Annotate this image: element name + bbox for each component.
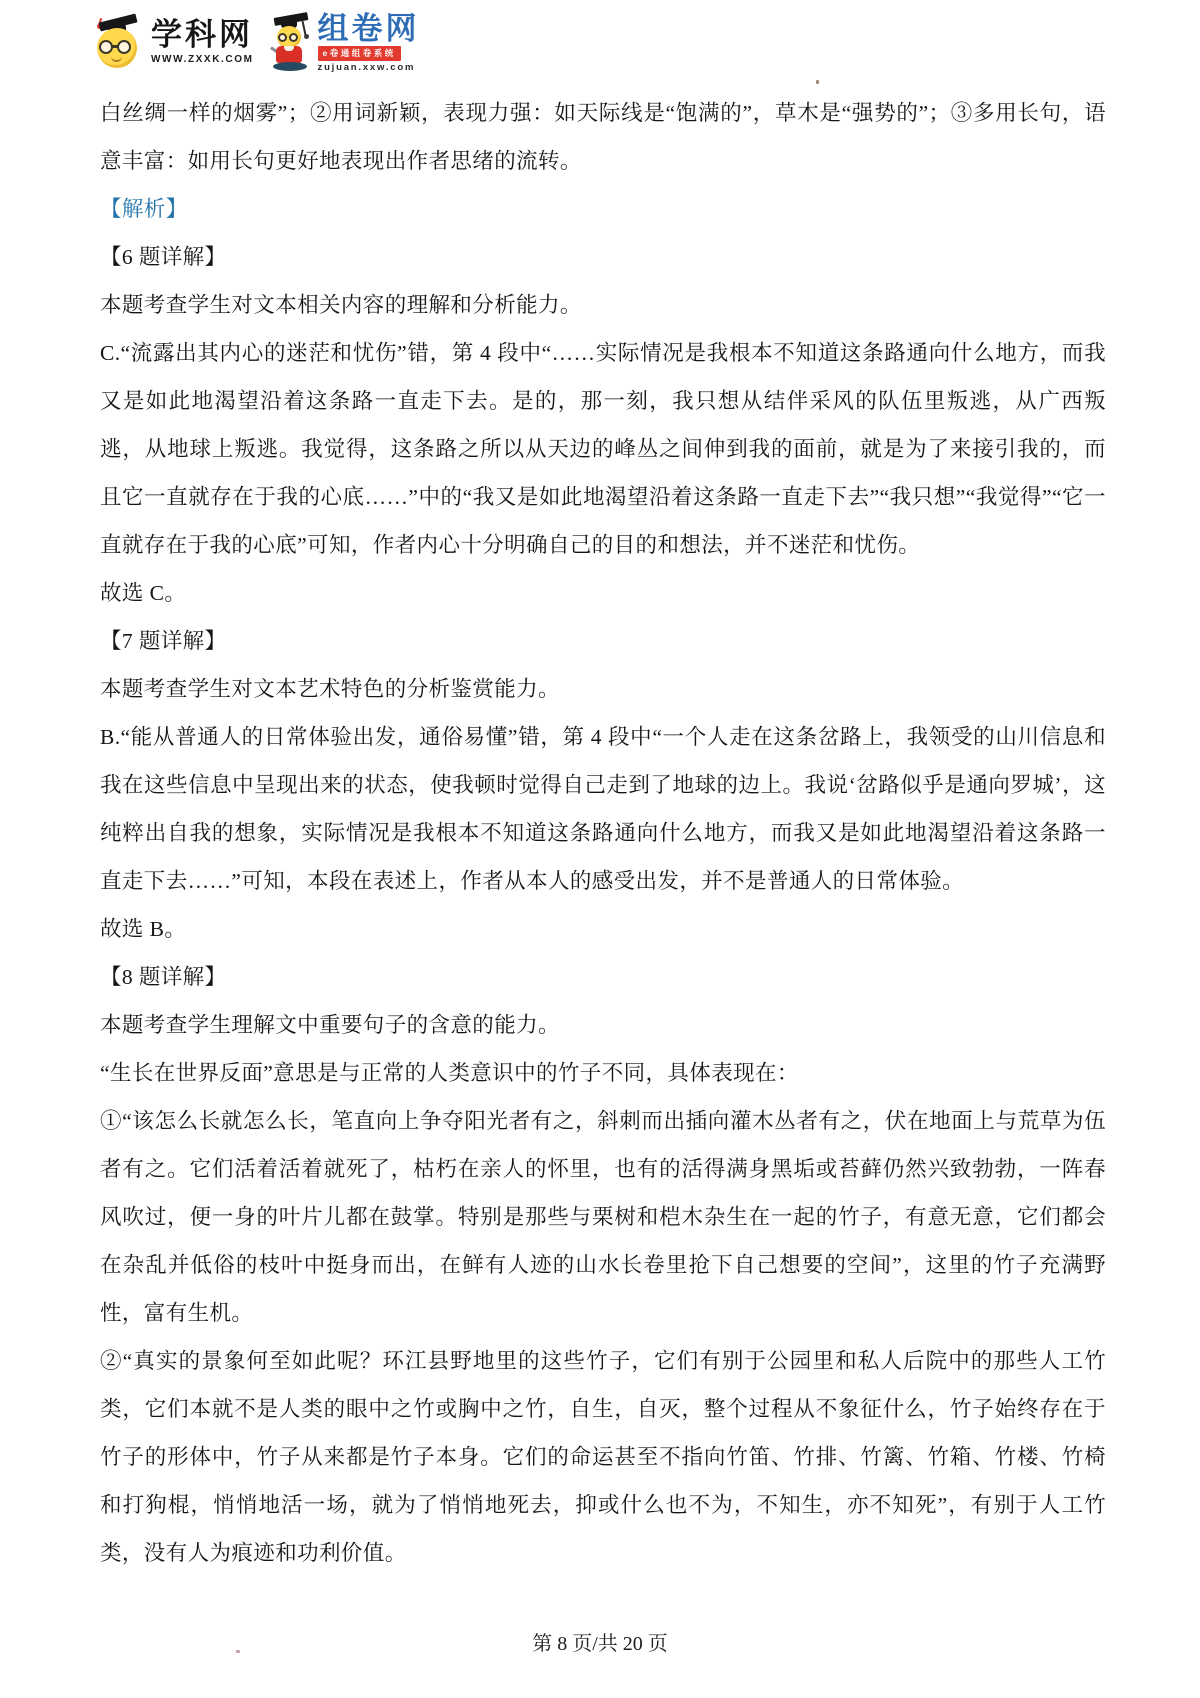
paragraph: ①“该怎么长就怎么长，笔直向上争夺阳光者有之，斜刺而出插向灌木丛者有之，伏在地面… (100, 1097, 1106, 1337)
paragraph: “生长在世界反面”意思是与正常的人类意识中的竹子不同，具体表现在： (100, 1049, 1106, 1097)
zujuan-mascot-icon (270, 13, 312, 73)
paragraph: ②“真实的景象何至如此呢？环江县野地里的这些竹子，它们有别于公园里和私人后院中的… (100, 1337, 1106, 1577)
zujuan-logo-name: 组卷网 (318, 12, 420, 45)
smile-mouth (111, 56, 122, 62)
glasses-icon (278, 33, 287, 42)
zujuan-logo-text-block: 组卷网 e卷通组卷系统 zujuan.xxw.com (318, 12, 420, 73)
paragraph: 【6 题详解】 (100, 233, 1106, 281)
paragraph: 【8 题详解】 (100, 953, 1106, 1001)
smiley-face-icon (97, 28, 137, 68)
xkw-logo: 学科网 WWW.ZXXK.COM (95, 12, 254, 70)
scan-speck (816, 80, 819, 84)
document-body: 白丝绸一样的烟雾”；②用词新颖，表现力强：如天际线是“饱满的”，草木是“强势的”… (100, 89, 1106, 1577)
paragraph: 【解析】 (100, 185, 1106, 233)
paragraph: 本题考查学生对文本相关内容的理解和分析能力。 (100, 281, 1106, 329)
glasses-icon (289, 33, 298, 42)
glasses-icon (117, 40, 131, 54)
paragraph: 白丝绸一样的烟雾”；②用词新颖，表现力强：如天际线是“饱满的”，草木是“强势的”… (100, 89, 1106, 185)
paragraph: 故选 C。 (100, 569, 1106, 617)
paragraph: 本题考查学生对文本艺术特色的分析鉴赏能力。 (100, 665, 1106, 713)
tassel-string (301, 20, 306, 34)
xkw-logo-name: 学科网 (151, 18, 253, 52)
paragraph: 故选 B。 (100, 905, 1106, 953)
paragraph: B.“能从普通人的日常体验出发，通俗易懂”错，第 4 段中“一个人走在这条岔路上… (100, 713, 1106, 905)
document-page: 学科网 WWW.ZXXK.COM 组卷网 e卷通组 (0, 0, 1200, 1698)
paragraph: C.“流露出其内心的迷茫和忧伤”错，第 4 段中“……实际情况是我根本不知道这条… (100, 329, 1106, 569)
zujuan-logo-banner: e卷通组卷系统 (318, 46, 401, 61)
page-number-footer: 第 8 页/共 20 页 (0, 1629, 1200, 1659)
mascot-face-icon (277, 26, 301, 48)
page-header: 学科网 WWW.ZXXK.COM 组卷网 e卷通组 (95, 12, 420, 73)
paragraph: 【7 题详解】 (100, 617, 1106, 665)
tassel-icon (304, 34, 309, 39)
xkw-logo-url: WWW.ZXXK.COM (151, 54, 254, 65)
glasses-bridge (112, 45, 119, 48)
glasses-icon (99, 40, 113, 54)
xkw-logo-text-block: 学科网 WWW.ZXXK.COM (151, 18, 254, 65)
mascot-base (273, 62, 307, 71)
paragraph: 本题考查学生理解文中重要句子的含意的能力。 (100, 1001, 1106, 1049)
zujuan-logo-url: zujuan.xxw.com (318, 62, 416, 73)
mascot-collar (284, 46, 294, 51)
xkw-mascot-icon (95, 12, 145, 70)
zujuan-logo: 组卷网 e卷通组卷系统 zujuan.xxw.com (270, 12, 420, 73)
